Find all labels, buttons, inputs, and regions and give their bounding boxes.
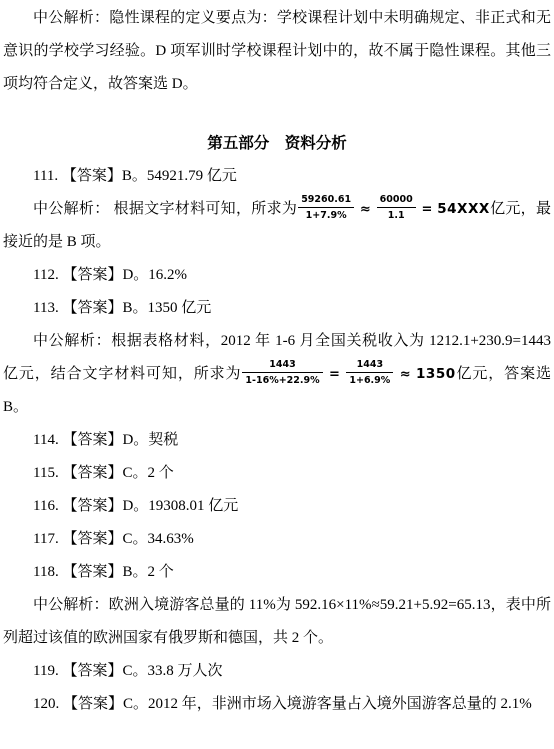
answer-text: B。54921.79 亿元 [122,168,237,184]
analysis-paragraph-118: 中公解析：欧洲入境游客总量的 11%为 592.16×11%≈59.21+5.9… [3,589,551,655]
fraction-denominator: 1+7.9% [298,208,354,222]
fraction-numerator: 1443 [242,358,322,373]
answer-text: C。2 个 [122,465,173,481]
answer-text: D。16.2% [122,267,187,283]
answer-line-114: 114. 【答案】D。契税 [3,424,551,457]
math-operator: = [417,202,438,217]
answer-line-117: 117. 【答案】C。34.63% [3,523,551,556]
math-operator: ≈ [355,202,376,217]
analysis-paragraph-111: 中公解析： 根据文字材料可知，所求为59260.611+7.9% ≈ 60000… [3,193,551,259]
answer-text: B。1350 亿元 [122,300,211,316]
answer-number: 114. [33,432,59,448]
fraction: 600001.1 [377,193,416,222]
answer-line-112: 112. 【答案】D。16.2% [3,259,551,292]
answer-line-111: 111. 【答案】B。54921.79 亿元 [3,160,551,193]
answer-number: 120. [33,696,59,712]
document-page: 中公解析：隐性课程的定义要点为：学校课程计划中未明确规定、非正式和无意识的学校学… [0,0,554,749]
fraction: 14431-16%+22.9% [242,358,322,387]
answer-tag: 【答案】 [62,267,122,283]
answer-text: C。34.63% [122,531,193,547]
answer-tag: 【答案】 [62,432,122,448]
answer-tag: 【答案】 [62,663,122,679]
answer-line-115: 115. 【答案】C。2 个 [3,457,551,490]
analysis-paragraph-hidden-curriculum: 中公解析：隐性课程的定义要点为：学校课程计划中未明确规定、非正式和无意识的学校学… [3,2,551,101]
answer-text: D。19308.01 亿元 [122,498,238,514]
math-operator: = [324,367,346,382]
math-operator: ≈ [394,367,416,382]
answer-line-113: 113. 【答案】B。1350 亿元 [3,292,551,325]
answer-number: 116. [33,498,59,514]
fraction-numerator: 60000 [377,193,416,208]
answer-tag: 【答案】 [62,531,122,547]
answer-text: D。契税 [122,432,178,448]
answer-number: 119. [33,663,59,679]
fraction-denominator: 1.1 [377,208,416,222]
math-number: 54XXX [437,201,490,217]
math-number: 1350 [416,366,456,382]
section-heading: 第五部分 资料分析 [3,127,551,160]
answer-number: 113. [33,300,59,316]
answer-number: 117. [33,531,59,547]
answer-number: 118. [33,564,59,580]
answer-text: C。2012 年，非洲市场入境游客量占入境外国游客总量的 2.1% [123,696,532,712]
fraction-numerator: 1443 [346,358,393,373]
fraction-denominator: 1-16%+22.9% [242,373,322,387]
analysis-paragraph-113: 中公解析：根据表格材料，2012 年 1-6 月全国关税收入为 1212.1+2… [3,325,551,424]
answer-number: 112. [33,267,59,283]
answer-text: C。33.8 万人次 [122,663,222,679]
answer-tag: 【答案】 [62,168,122,184]
answer-line-118: 118. 【答案】B。2 个 [3,556,551,589]
fraction-numerator: 59260.61 [298,193,354,208]
text-run: 中公解析： 根据文字材料可知，所求为 [33,201,297,217]
answer-tag: 【答案】 [62,300,122,316]
fraction-denominator: 1+6.9% [346,373,393,387]
fraction: 59260.611+7.9% [298,193,354,222]
answer-number: 111. [33,168,58,184]
answer-tag: 【答案】 [62,498,122,514]
answer-line-116: 116. 【答案】D。19308.01 亿元 [3,490,551,523]
answer-line-119: 119. 【答案】C。33.8 万人次 [3,655,551,688]
answer-tag: 【答案】 [63,696,123,712]
answer-line-120: 120. 【答案】C。2012 年，非洲市场入境游客量占入境外国游客总量的 2.… [3,688,551,721]
answer-number: 115. [33,465,59,481]
answer-tag: 【答案】 [62,564,122,580]
answer-text: B。2 个 [122,564,173,580]
fraction: 14431+6.9% [346,358,393,387]
answer-tag: 【答案】 [62,465,122,481]
